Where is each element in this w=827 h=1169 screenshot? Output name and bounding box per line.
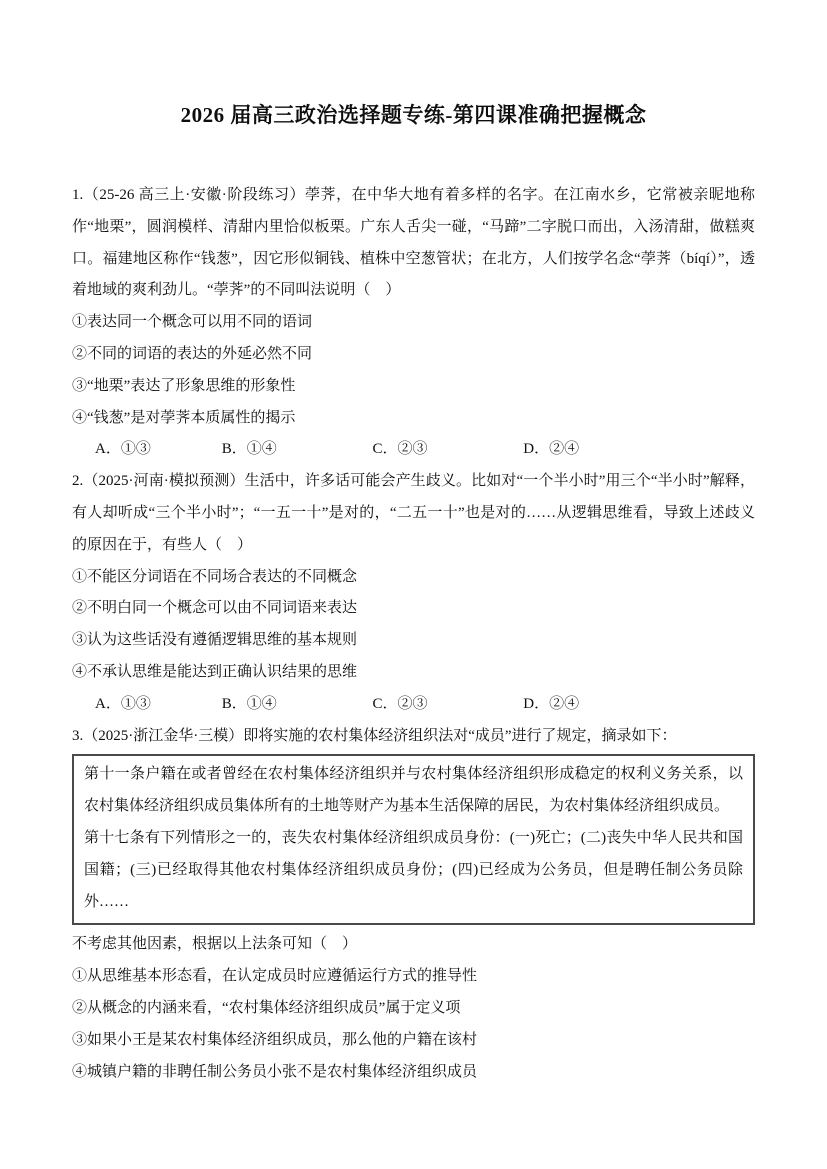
question-3-statement-2: ②从概念的内涵来看，“农村集体经济组织成员”属于定义项 <box>72 993 755 1025</box>
question-2-stem: 2.（2025·河南·模拟预测）生活中，许多话可能会产生歧义。比如对“一个半小时… <box>72 466 755 561</box>
question-1-statement-2: ②不同的词语的表达的外延必然不同 <box>72 339 755 371</box>
question-2-statement-4: ④不承认思维是能达到正确认识结果的思维 <box>72 657 755 689</box>
question-3-statement-4: ④城镇户籍的非聘任制公务员小张不是农村集体经济组织成员 <box>72 1057 755 1089</box>
question-1-stem: 1.（25-26 高三上·安徽·阶段练习）荸荠，在中华大地有着多样的名字。在江南… <box>72 180 755 307</box>
law-excerpt-box: 第十一条户籍在或者曾经在农村集体经济组织并与农村集体经济组织形成稳定的权利义务关… <box>72 754 755 925</box>
question-2-choice-c: C．②③ <box>373 689 520 721</box>
question-3-stem: 3.（2025·浙江金华·三模）即将实施的农村集体经济组织法对“成员”进行了规定… <box>72 721 755 753</box>
question-2-statement-1: ①不能区分词语在不同场合表达的不同概念 <box>72 562 755 594</box>
question-2: 2.（2025·河南·模拟预测）生活中，许多话可能会产生歧义。比如对“一个半小时… <box>72 466 755 720</box>
law-article-17: 第十七条有下列情形之一的，丧失农村集体经济组织成员身份：(一)死亡；(二)丧失中… <box>84 823 743 918</box>
question-1-choice-b: B．①④ <box>222 434 369 466</box>
question-1-choice-c: C．②③ <box>373 434 520 466</box>
question-2-statement-2: ②不明白同一个概念可以由不同词语来表达 <box>72 593 755 625</box>
law-article-11: 第十一条户籍在或者曾经在农村集体经济组织并与农村集体经济组织形成稳定的权利义务关… <box>84 759 743 823</box>
question-1: 1.（25-26 高三上·安徽·阶段练习）荸荠，在中华大地有着多样的名字。在江南… <box>72 180 755 466</box>
question-3-statement-1: ①从思维基本形态看，在认定成员时应遵循运行方式的推导性 <box>72 961 755 993</box>
question-3: 3.（2025·浙江金华·三模）即将实施的农村集体经济组织法对“成员”进行了规定… <box>72 721 755 1089</box>
question-1-choice-row: A．①③ B．①④ C．②③ D．②④ <box>72 434 755 466</box>
question-2-statement-3: ③认为这些话没有遵循逻辑思维的基本规则 <box>72 625 755 657</box>
question-1-statement-3: ③“地栗”表达了形象思维的形象性 <box>72 371 755 403</box>
question-1-statement-1: ①表达同一个概念可以用不同的语词 <box>72 307 755 339</box>
question-2-choice-row: A．①③ B．①④ C．②③ D．②④ <box>72 689 755 721</box>
question-2-choice-d: D．②④ <box>523 689 579 721</box>
question-2-choice-b: B．①④ <box>222 689 369 721</box>
question-1-statement-4: ④“钱葱”是对荸荠本质属性的揭示 <box>72 403 755 435</box>
question-2-choice-a: A．①③ <box>95 689 218 721</box>
document-body: 1.（25-26 高三上·安徽·阶段练习）荸荠，在中华大地有着多样的名字。在江南… <box>72 180 755 1088</box>
question-1-choice-d: D．②④ <box>523 434 579 466</box>
question-3-follow-up: 不考虑其他因素，根据以上法条可知（ ） <box>72 929 755 961</box>
exam-document-page: 2026 届高三政治选择题专练-第四课准确把握概念 1.（25-26 高三上·安… <box>0 0 827 1169</box>
question-1-choice-a: A．①③ <box>95 434 218 466</box>
document-title: 2026 届高三政治选择题专练-第四课准确把握概念 <box>72 0 755 130</box>
question-3-statement-3: ③如果小王是某农村集体经济组织成员，那么他的户籍在该村 <box>72 1025 755 1057</box>
